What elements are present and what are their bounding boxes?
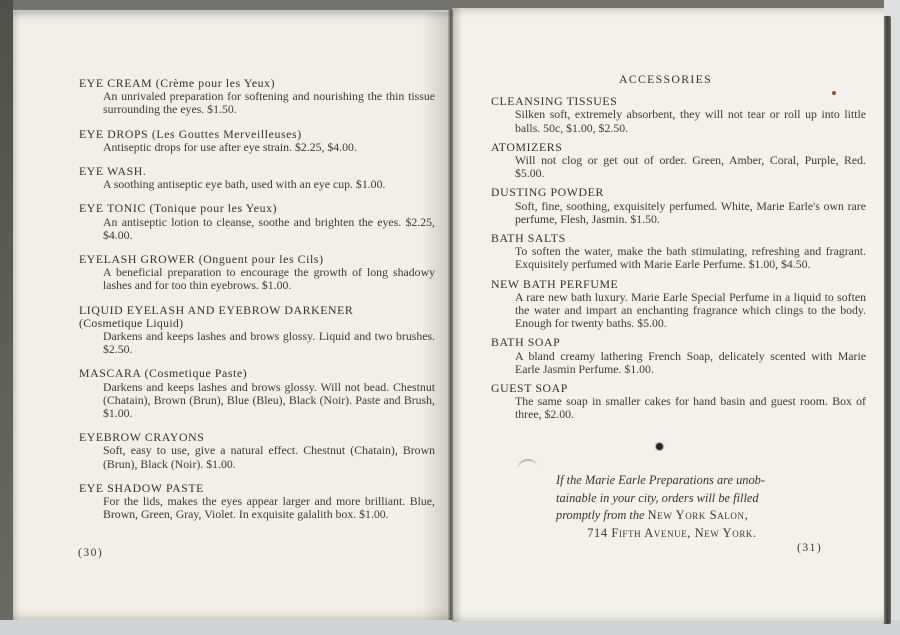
product-description: The same soap in smaller cakes for hand … xyxy=(491,395,866,421)
product-entry: EYE CREAM (Crème pour les Yeux) An unriv… xyxy=(79,77,435,117)
product-description: An unrivaled preparation for softening a… xyxy=(79,90,435,116)
product-description: Will not clog or get out of order. Green… xyxy=(491,154,866,180)
product-description: Soft, easy to use, give a natural effect… xyxy=(79,444,435,470)
paper-speck xyxy=(832,91,836,95)
book-cover-edge xyxy=(883,16,891,624)
bullet-ornament xyxy=(656,443,663,450)
product-description: Soft, fine, soothing, exquisitely perfum… xyxy=(491,200,866,226)
product-entry: BATH SOAP A bland creamy lathering Frenc… xyxy=(491,336,866,376)
product-description: A beneficial preparation to encourage th… xyxy=(79,266,435,292)
product-entry: EYELASH GROWER (Onguent pour les Cils) A… xyxy=(79,253,435,293)
product-heading: NEW BATH PERFUME xyxy=(491,278,866,291)
product-heading: EYE DROPS (Les Gouttes Merveilleuses) xyxy=(79,128,435,141)
note-line: 714 Fifth Avenue, New York. xyxy=(556,525,788,543)
product-description: A bland creamy lathering French Soap, de… xyxy=(491,350,866,376)
product-heading: EYE TONIC (Tonique pour les Yeux) xyxy=(79,202,435,215)
product-description: Silken soft, extremely absorbent, they w… xyxy=(491,108,866,134)
product-entry: LIQUID EYELASH AND EYEBROW DARKENER (Cos… xyxy=(79,304,435,357)
note-line-smallcaps-part: New York Salon, xyxy=(648,508,749,522)
backdrop-bottom-strip xyxy=(0,620,900,635)
availability-note: If the Marie Earle Preparations are unob… xyxy=(556,472,788,542)
product-description: Antiseptic drops for use after eye strai… xyxy=(79,141,435,154)
product-heading: LIQUID EYELASH AND EYEBROW DARKENER xyxy=(79,304,435,317)
product-description: For the lids, makes the eyes appear larg… xyxy=(79,495,435,521)
product-entry: CLEANSING TISSUES Silken soft, extremely… xyxy=(491,95,866,135)
product-heading: DUSTING POWDER xyxy=(491,186,866,199)
product-description: A soothing antiseptic eye bath, used wit… xyxy=(79,178,435,191)
product-entry: BATH SALTS To soften the water, make the… xyxy=(491,232,866,272)
page-30: EYE CREAM (Crème pour les Yeux) An unriv… xyxy=(13,12,450,620)
backdrop-left-strip xyxy=(0,0,13,622)
product-entry: DUSTING POWDER Soft, fine, soothing, exq… xyxy=(491,186,866,226)
book-gutter xyxy=(448,10,453,620)
note-line-italic-part: promptly from the xyxy=(556,508,648,522)
page-number-right: (31) xyxy=(797,542,822,554)
product-entry: NEW BATH PERFUME A rare new bath luxury.… xyxy=(491,278,866,331)
product-entry: ATOMIZERS Will not clog or get out of or… xyxy=(491,141,866,181)
page-number-left: (30) xyxy=(78,547,103,559)
product-entry: GUEST SOAP The same soap in smaller cake… xyxy=(491,382,866,422)
product-description: Darkens and keeps lashes and brows gloss… xyxy=(79,381,435,421)
product-entry: EYE SHADOW PASTE For the lids, makes the… xyxy=(79,482,435,522)
product-entry: EYE DROPS (Les Gouttes Merveilleuses) An… xyxy=(79,128,435,154)
product-heading: BATH SOAP xyxy=(491,336,866,349)
product-heading: MASCARA (Cosmetique Paste) xyxy=(79,367,435,380)
product-entry: EYE TONIC (Tonique pour les Yeux) An ant… xyxy=(79,202,435,242)
product-entry: MASCARA (Cosmetique Paste) Darkens and k… xyxy=(79,367,435,420)
section-header: ACCESSORIES xyxy=(619,73,866,86)
note-line: If the Marie Earle Preparations are unob… xyxy=(556,472,788,490)
product-description: A rare new bath luxury. Marie Earle Spec… xyxy=(491,291,866,331)
note-line: tainable in your city, orders will be fi… xyxy=(556,490,788,508)
product-entry: EYE WASH. A soothing antiseptic eye bath… xyxy=(79,165,435,191)
product-description: To soften the water, make the bath stimu… xyxy=(491,245,866,271)
product-description: Darkens and keeps lashes and brows gloss… xyxy=(79,330,435,356)
product-entry: EYEBROW CRAYONS Soft, easy to use, give … xyxy=(79,431,435,471)
note-line: promptly from the New York Salon, xyxy=(556,507,788,525)
product-description: An antiseptic lotion to cleanse, soothe … xyxy=(79,216,435,242)
